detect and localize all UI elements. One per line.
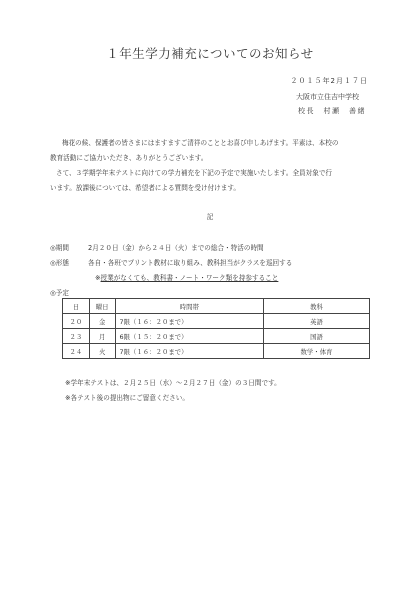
header-day: 日 xyxy=(63,299,90,314)
cell-day: ２３ xyxy=(63,329,90,344)
format-value: 各自・各班でプリント教材に取り組み、教科担当がクラスを巡回する xyxy=(88,257,292,267)
cell-subject: 英語 xyxy=(264,314,370,329)
cell-weekday: 月 xyxy=(89,329,115,344)
table-header-row: 日 曜日 時間帯 教科 xyxy=(63,299,370,314)
body-line-2: います。放課後については、希望者による質問を受け付けます。 xyxy=(50,182,240,192)
format-label: ◎形態 xyxy=(50,257,69,267)
greeting-line-1: 梅花の候、保護者の皆さまにはますますご清祥のこととお喜び申しあげます。平素は、本… xyxy=(62,137,338,147)
footnote-submissions: ※各テスト後の提出物にご留意ください。 xyxy=(65,392,189,402)
header-weekday: 曜日 xyxy=(89,299,115,314)
cell-day: ２４ xyxy=(63,344,90,359)
issue-date: ２０１５年2月１７日 xyxy=(291,76,368,86)
bring-materials-note: ※授業がなくても、教科書・ノート・ワーク類を持参すること xyxy=(95,272,278,282)
cell-time: 7限（１６：２０まで） xyxy=(115,344,263,359)
table-row: ２４ 火 7限（１６：２０まで） 数学・体育 xyxy=(63,344,370,359)
period-label: ◎期間 xyxy=(50,242,69,252)
cell-weekday: 火 xyxy=(89,344,115,359)
cell-subject: 国語 xyxy=(264,329,370,344)
body-line-1: さて、３学期学年末テストに向けての学力補充を下記の予定で実施いたします。全員対象… xyxy=(56,167,332,177)
table-row: ２０ 金 7限（１６：２０まで） 英語 xyxy=(63,314,370,329)
table-row: ２３ 月 6限（１５：２０まで） 国語 xyxy=(63,329,370,344)
schedule-label: ◎予定 xyxy=(50,287,69,297)
header-time: 時間帯 xyxy=(115,299,263,314)
period-value: 2月２０日（金）から２４日（火）までの総合・特活の時間 xyxy=(88,242,264,252)
footnote-exam-dates: ※学年末テストは、２月２５日（水）～２月２７日（金）の３日間です。 xyxy=(65,377,281,387)
ki-heading: 記 xyxy=(0,211,420,221)
cell-weekday: 金 xyxy=(89,314,115,329)
principal-name: 校長 村瀬 善緒 xyxy=(298,106,366,116)
cell-day: ２０ xyxy=(63,314,90,329)
header-subject: 教科 xyxy=(264,299,370,314)
cell-subject: 数学・体育 xyxy=(264,344,370,359)
cell-time: 7限（１６：２０まで） xyxy=(115,314,263,329)
note-underlined-text: 授業がなくても、教科書・ノート・ワーク類を持参すること xyxy=(101,274,279,282)
document-title: １年生学力補充についてのお知らせ xyxy=(0,44,420,62)
school-name: 大阪市立住吉中学校 xyxy=(296,92,359,102)
greeting-line-2: 教育活動にご協力いただき、ありがとうございます。 xyxy=(50,152,207,162)
cell-time: 6限（１５：２０まで） xyxy=(115,329,263,344)
schedule-table: 日 曜日 時間帯 教科 ２０ 金 7限（１６：２０まで） 英語 ２３ 月 6限（… xyxy=(62,298,370,359)
